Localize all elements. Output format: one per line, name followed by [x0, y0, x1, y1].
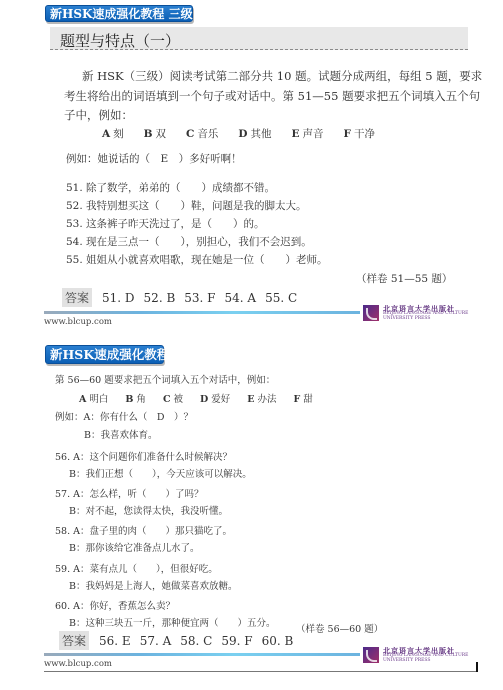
question-53: 53. 这条裤子昨天洗过了，是（ ）的。 [66, 216, 265, 231]
footer-divider [44, 311, 360, 314]
option-f: F甜 [294, 391, 313, 405]
option-a: A刻 [102, 126, 124, 141]
publisher-logo-icon [363, 647, 379, 663]
dialogue-56-a: 56. A：这个问题你们准备什么时候解决？ [55, 449, 232, 463]
answer-55: 55. C [265, 291, 297, 305]
word-options: A明白 B角 C被 D爱好 E办法 F甜 [79, 391, 330, 405]
answer-row: 答案 51. D 52. B 53. F 54. A 55. C [62, 288, 306, 307]
question-55: 55. 姐姐从小就喜欢唱歌，现在她是一位（ ）老师。 [66, 252, 328, 267]
option-d: D其他 [238, 126, 271, 141]
answer-53: 53. F [184, 291, 215, 305]
page-bottom-rule [44, 671, 476, 672]
answer-56: 56. E [99, 634, 131, 648]
answer-58: 58. C [180, 634, 212, 648]
example-a: 例如：A：你有什么（ D ）？ [55, 409, 193, 423]
section-title: 题型与特点（一） [60, 30, 180, 51]
dialogue-59-b: B：我妈妈是上海人，她做菜喜欢放糖。 [69, 578, 237, 592]
section-header: 题型与特点（一） [50, 27, 468, 50]
answer-59: 59. F [221, 634, 252, 648]
publisher-name-en-2: UNIVERSITY PRESS [383, 659, 468, 664]
intro-line-3: 子中，例如： [64, 107, 133, 123]
dialogue-57-a: 57. A：怎么样，听（ ）了吗？ [55, 486, 204, 500]
answer-label: 答案 [59, 631, 89, 650]
option-a: A明白 [79, 391, 108, 405]
footer-url: www.blcup.com [44, 659, 112, 669]
sample-note: （样卷 56—60 题） [296, 621, 383, 635]
option-c: C被 [163, 391, 183, 405]
dialogue-59-a: 59. A：菜有点儿（ ），但很好吃。 [55, 561, 218, 575]
example-b: B：我喜欢体育。 [84, 427, 157, 441]
dialogue-60-a: 60. A：你好，香蕉怎么卖？ [55, 598, 175, 612]
word-options: A刻 B双 C音乐 D其他 E声音 F干净 [102, 126, 395, 141]
example-sentence: 例如：她说话的（ E ）多好听啊！ [66, 151, 242, 166]
book-title-badge: 新HSK速成强化教程 三级 [45, 345, 164, 364]
answer-60: 60. B [262, 634, 294, 648]
answer-row: 答案 56. E 57. A 58. C 59. F 60. B [59, 631, 302, 650]
answer-57: 57. A [140, 634, 172, 648]
dialogue-58-a: 58. A：盘子里的肉（ ）那只猫吃了。 [55, 523, 232, 537]
question-51: 51. 除了数学，弟弟的（ ）成绩都不错。 [66, 180, 275, 195]
publisher-logo-icon [363, 305, 379, 321]
option-d: D爱好 [200, 391, 230, 405]
option-f: F干净 [344, 126, 375, 141]
publisher-logo: 北京语言大学出版社 BEIJING LANGUAGE AND CULTURE U… [363, 647, 468, 664]
footer-divider [44, 653, 360, 656]
dialogue-56-b: B：我们正想（ ），今天应该可以解决。 [69, 466, 252, 480]
sample-note: （样卷 51—55 题） [356, 271, 452, 286]
intro-line-1: 新 HSK（三级）阅读考试第二部分共 10 题。试题分成两组，每组 5 题，要求 [82, 68, 482, 84]
footer-url: www.blcup.com [44, 317, 112, 327]
dialogue-58-b: B：那你该给它准备点儿水了。 [69, 540, 199, 554]
intro: 第 56—60 题要求把五个词填入五个对话中，例如： [55, 372, 275, 386]
question-54: 54. 现在是三点一（ ），别担心，我们不会迟到。 [66, 234, 312, 249]
option-b: B双 [144, 126, 166, 141]
option-b: B角 [125, 391, 146, 405]
answer-54: 54. A [225, 291, 257, 305]
publisher-name-en-2: UNIVERSITY PRESS [383, 317, 468, 322]
option-e: E声音 [292, 126, 324, 141]
answer-label: 答案 [62, 288, 92, 307]
dialogue-57-b: B：对不起，您读得太快，我没听懂。 [69, 503, 228, 517]
intro-line-2: 考生将给出的词语填到一个句子或对话中。第 51—55 题要求把五个词填入五个句 [64, 88, 480, 104]
answer-51: 51. D [102, 291, 135, 305]
text-cursor-mark [476, 662, 478, 672]
answer-52: 52. B [144, 291, 176, 305]
question-52: 52. 我特别想买这（ ）鞋，问题是我的脚太大。 [66, 198, 307, 213]
publisher-logo: 北京语言大学出版社 BEIJING LANGUAGE AND CULTURE U… [363, 305, 468, 322]
book-title-badge: 新HSK速成强化教程 三级 [45, 5, 193, 22]
option-e: E办法 [247, 391, 276, 405]
option-c: C音乐 [186, 126, 218, 141]
dialogue-60-b: B：这种三块五一斤，那种便宜两（ ）五分。 [69, 615, 275, 629]
